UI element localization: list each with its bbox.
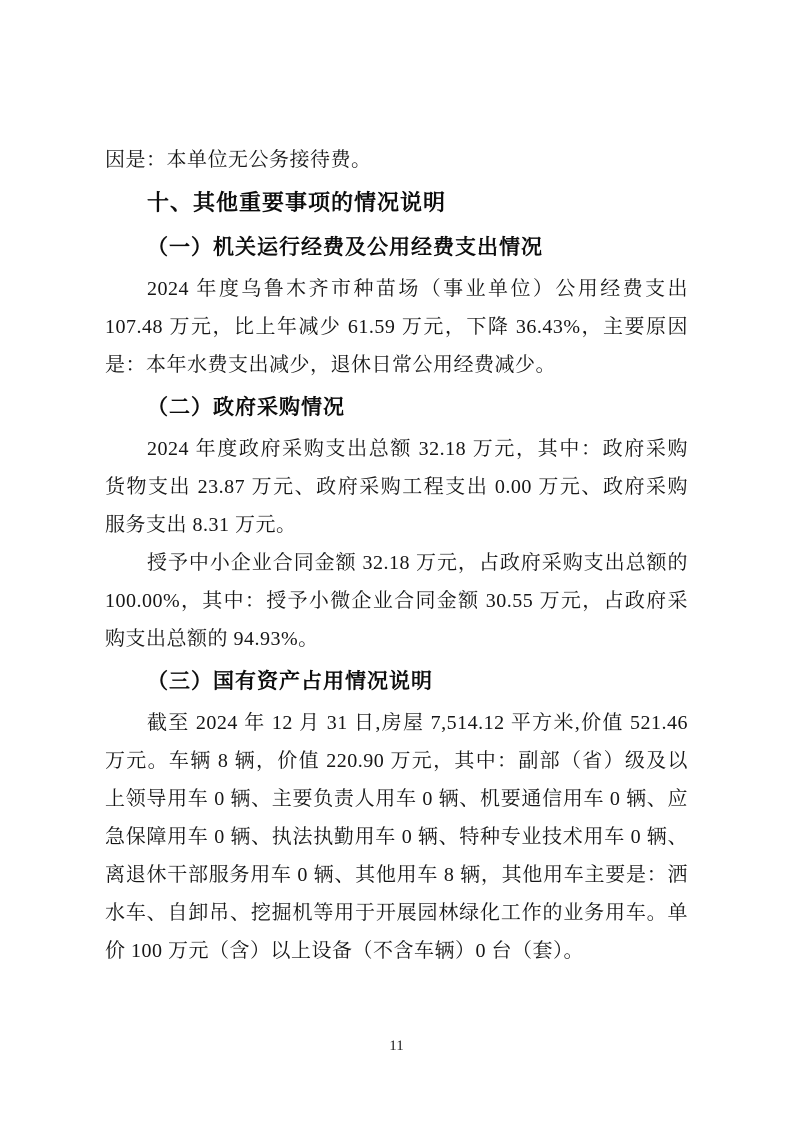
text-line: 授予中小企业合同金额 32.18 万元，占政府采购支出总额的	[105, 544, 688, 582]
text-line: 2024 年度乌鲁木齐市种苗场（事业单位）公用经费支出	[105, 270, 688, 308]
text-line: 离退休干部服务用车 0 辆、其他用车 8 辆，其他用车主要是：洒	[105, 856, 688, 894]
page-number: 11	[0, 1038, 793, 1055]
text-line: 100.00%，其中：授予小微企业合同金额 30.55 万元，占政府采	[105, 582, 688, 620]
subsection-heading-1: （一）机关运行经费及公用经费支出情况	[105, 227, 688, 267]
text-line: 是：本年水费支出减少，退休日常公用经费减少。	[105, 346, 688, 384]
text-line: 急保障用车 0 辆、执法执勤用车 0 辆、特种专业技术用车 0 辆、	[105, 818, 688, 856]
text-line: 服务支出 8.31 万元。	[105, 506, 688, 544]
subsection-heading-3: （三）国有资产占用情况说明	[105, 661, 688, 701]
text-line: 价 100 万元（含）以上设备（不含车辆）0 台（套）。	[105, 932, 688, 970]
subsection-heading-2: （二）政府采购情况	[105, 387, 688, 427]
text-line: 购支出总额的 94.93%。	[105, 620, 688, 658]
document-page: 因是：本单位无公务接待费。 十、其他重要事项的情况说明 （一）机关运行经费及公用…	[0, 0, 793, 1122]
section-heading-10: 十、其他重要事项的情况说明	[105, 183, 688, 223]
text-line: 2024 年度政府采购支出总额 32.18 万元，其中：政府采购	[105, 430, 688, 468]
text-line: 截至 2024 年 12 月 31 日,房屋 7,514.12 平方米,价值 5…	[105, 704, 688, 742]
text-line: 107.48 万元，比上年减少 61.59 万元，下降 36.43%，主要原因	[105, 308, 688, 346]
text-line: 上领导用车 0 辆、主要负责人用车 0 辆、机要通信用车 0 辆、应	[105, 780, 688, 818]
paragraph-end-line: 因是：本单位无公务接待费。	[105, 141, 688, 179]
text-line: 水车、自卸吊、挖掘机等用于开展园林绿化工作的业务用车。单	[105, 894, 688, 932]
document-body: 因是：本单位无公务接待费。 十、其他重要事项的情况说明 （一）机关运行经费及公用…	[105, 141, 688, 970]
text-line: 万元。车辆 8 辆，价值 220.90 万元，其中：副部（省）级及以	[105, 742, 688, 780]
text-line: 货物支出 23.87 万元、政府采购工程支出 0.00 万元、政府采购	[105, 468, 688, 506]
